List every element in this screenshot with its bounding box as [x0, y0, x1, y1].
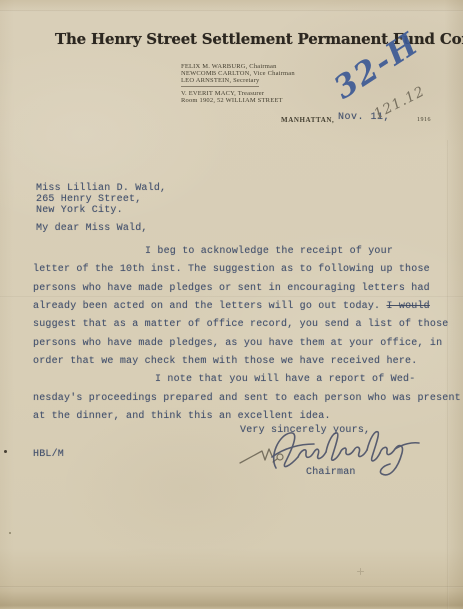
body-line: persons who have made pledges or sent in…	[33, 280, 445, 298]
letter-scan: The Henry Street Settlement Permanent Fu…	[0, 0, 463, 609]
signature-title: Chairman	[306, 467, 356, 478]
body-line: already been acted on and the letters wi…	[33, 298, 445, 316]
paper-crease-bottom	[0, 586, 463, 588]
body-line: at the dinner, and think this an excelle…	[33, 408, 445, 426]
body-line: I beg to acknowledge the receipt of your	[33, 243, 445, 261]
body-line: suggest that as a matter of office recor…	[33, 316, 445, 334]
recipient-address: Miss Lillian D. Wald, 265 Henry Street, …	[36, 183, 166, 217]
officer-treasurer: V. EVERIT MACY, Treasurer	[181, 90, 295, 97]
body-line: nesday's proceedings prepared and sent t…	[33, 390, 445, 408]
letterhead-title: The Henry Street Settlement Permanent Fu…	[55, 30, 395, 48]
body-line: letter of the 10th inst. The suggestion …	[33, 261, 445, 279]
recipient-street: 265 Henry Street,	[36, 194, 166, 205]
office-address: Room 1902, 52 WILLIAM STREET	[181, 97, 295, 104]
officers-list: FELIX M. WARBURG, Chairman NEWCOMB CARLT…	[181, 63, 295, 104]
strikethrough-text: I would	[386, 301, 429, 312]
letter-body: I beg to acknowledge the receipt of your…	[33, 243, 445, 426]
paper-crease-top	[0, 10, 463, 12]
paper-speck	[357, 568, 364, 575]
officer-chairman: FELIX M. WARBURG, Chairman	[181, 63, 295, 70]
recipient-city: New York City.	[36, 205, 166, 216]
typist-initials: HBL/M	[33, 449, 64, 460]
recipient-name: Miss Lillian D. Wald,	[36, 183, 166, 194]
body-line: I note that you will have a report of We…	[33, 371, 445, 389]
paper-crease-vertical	[447, 140, 449, 609]
dateline-year: 1916	[417, 117, 431, 123]
body-line: persons who have made pledges, as you ha…	[33, 335, 445, 353]
dateline-place: MANHATTAN,	[281, 116, 334, 124]
officer-secretary: LEO ARNSTEIN, Secretary	[181, 77, 295, 84]
salutation: My dear Miss Wald,	[36, 223, 148, 234]
officers-divider	[181, 86, 259, 87]
paper-speck	[4, 450, 7, 453]
paper-speck	[9, 532, 11, 534]
body-line-text: already been acted on and the letters wi…	[33, 301, 386, 312]
officer-vice-chairman: NEWCOMB CARLTON, Vice Chairman	[181, 70, 295, 77]
body-line: order that we may check them with those …	[33, 353, 445, 371]
